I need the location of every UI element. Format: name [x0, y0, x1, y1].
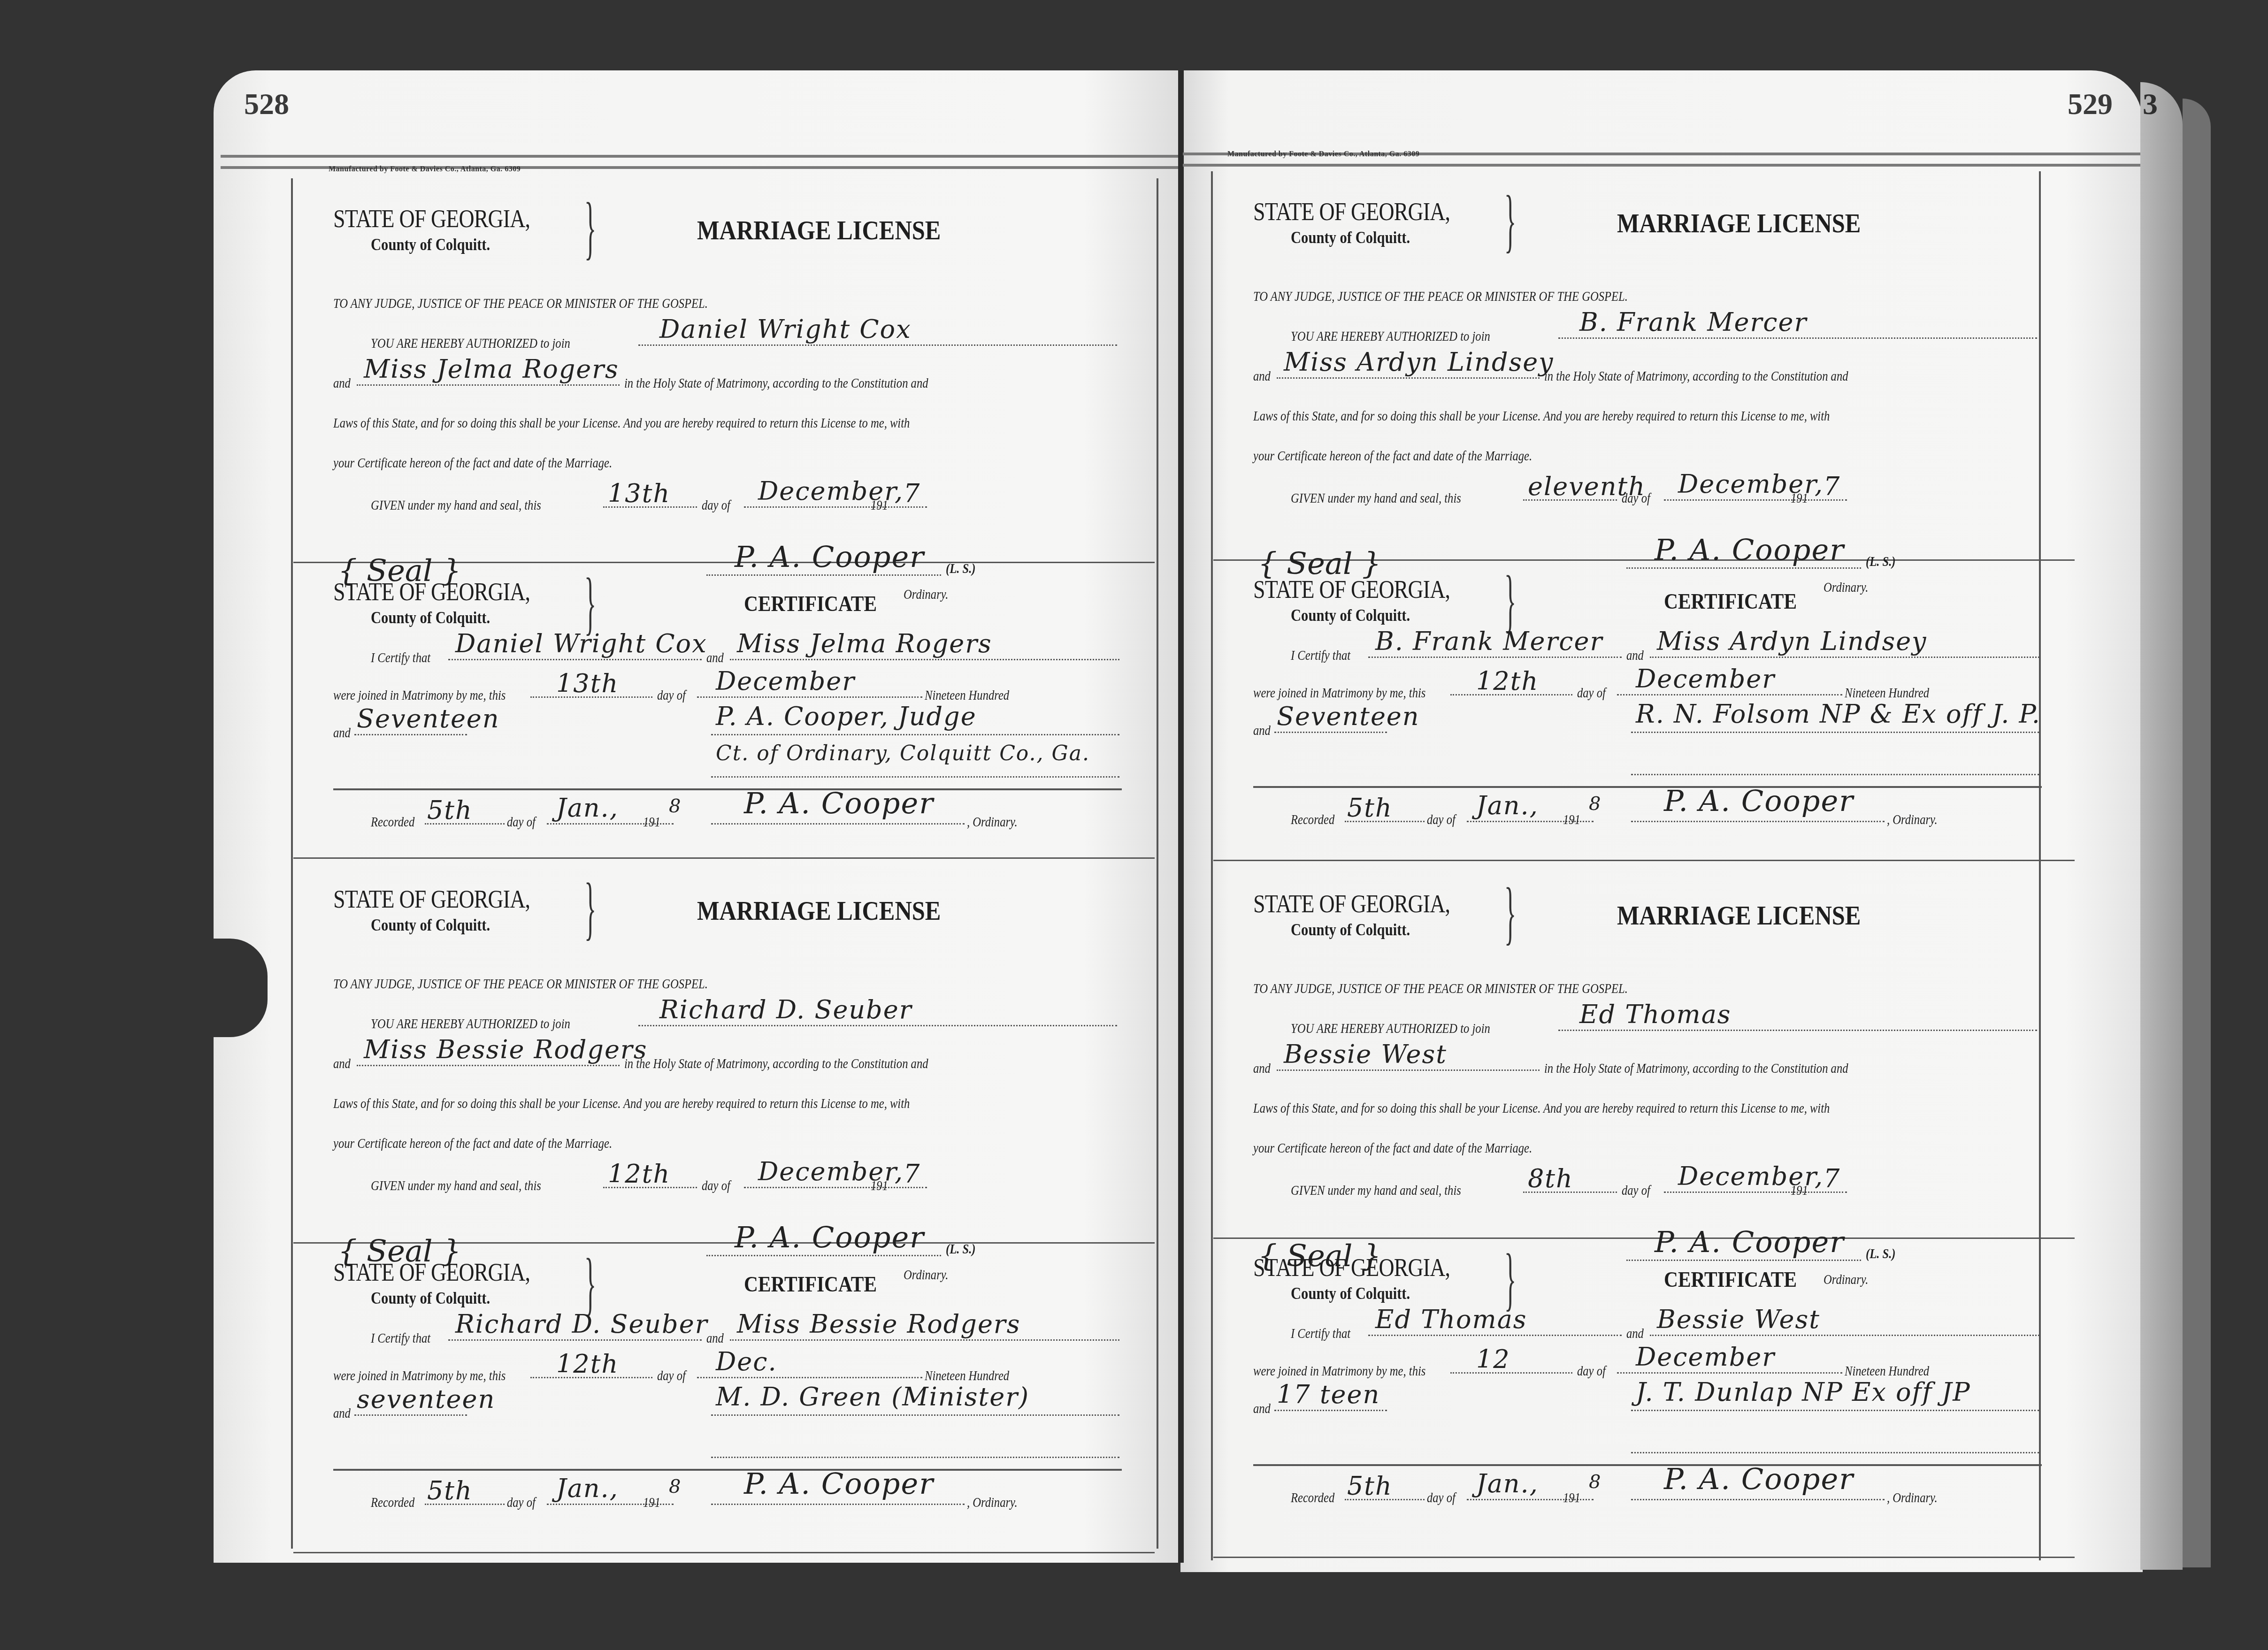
given-label: GIVEN under my hand and seal, this — [371, 1178, 541, 1194]
given-day: 12th — [608, 1159, 670, 1189]
laws-text: Laws of this State, and for so doing thi… — [333, 415, 910, 431]
cert-groom-name: B. Frank Mercer — [1375, 626, 1603, 656]
county-heading: County of Colquitt. — [371, 235, 490, 254]
given-year-digit: 7 — [1824, 472, 1840, 501]
state-heading: STATE OF GEORGIA, — [333, 885, 530, 914]
recorded-year-digit: 8 — [1589, 793, 1601, 815]
cert-bride-name: Miss Jelma Rogers — [737, 629, 992, 658]
day-of-label: day of — [702, 1178, 730, 1194]
manufacturer-imprint-right: Manufactured by Foote & Davies Co., Atla… — [1227, 150, 1419, 159]
certificate-title: CERTIFICATE — [1664, 1267, 1797, 1292]
officiant-field-2[interactable] — [711, 1436, 1119, 1458]
certify-label: I Certify that — [371, 650, 430, 666]
year-prefix: 191 — [1563, 812, 1580, 828]
ordinary-label: , Ordinary. — [1887, 812, 1938, 828]
cert-bride-name: Miss Bessie Rodgers — [737, 1309, 1020, 1339]
brace-icon: } — [584, 568, 596, 638]
marriage-license-form: STATE OF GEORGIA, County of Colquitt. } … — [1213, 171, 2075, 561]
marriage-license-form: STATE OF GEORGIA, County of Colquitt. } … — [293, 859, 1155, 1244]
brace-icon: } — [1504, 185, 1516, 256]
county-heading: County of Colquitt. — [371, 1288, 490, 1308]
cert-bride-name: Bessie West — [1657, 1305, 1820, 1334]
brace-icon: } — [584, 873, 596, 943]
recorded-year-digit: 8 — [669, 1476, 682, 1497]
day-of-label: day of — [1427, 812, 1456, 828]
year-prefix: 191 — [871, 497, 888, 513]
marriage-license-form: STATE OF GEORGIA, County of Colquitt. } … — [1213, 863, 2075, 1239]
addressee-line: TO ANY JUDGE, JUSTICE OF THE PEACE OR MI… — [333, 296, 708, 312]
holy-state-text: in the Holy State of Matrimony, accordin… — [1544, 1061, 1848, 1077]
next-page-number-peek: 3 — [2143, 87, 2158, 122]
groom-name: Richard D. Seuber — [659, 995, 912, 1024]
license-title: MARRIAGE LICENSE — [1617, 901, 1861, 931]
state-heading: STATE OF GEORGIA, — [1253, 575, 1450, 604]
holy-state-text: in the Holy State of Matrimony, accordin… — [624, 1056, 928, 1072]
recorded-day: 5th — [427, 795, 473, 825]
brace-icon: } — [584, 1248, 596, 1319]
holy-state-text: in the Holy State of Matrimony, accordin… — [624, 375, 928, 391]
ordinary-label: , Ordinary. — [1887, 1490, 1938, 1506]
given-year-digit: 7 — [904, 1159, 920, 1189]
divider — [1253, 786, 2042, 788]
officiant-field-2[interactable] — [1631, 1431, 2039, 1453]
given-day: 8th — [1528, 1164, 1573, 1193]
and-label: and — [1253, 1401, 1271, 1417]
page-edge — [2140, 82, 2183, 1570]
book-gutter — [1178, 70, 1184, 1563]
certificate-return-text: your Certificate hereon of the fact and … — [333, 1136, 612, 1152]
day-of-label: day of — [1427, 1490, 1456, 1506]
cert-month: December — [1636, 1342, 1775, 1372]
certify-label: I Certify that — [1291, 648, 1350, 664]
officiant-line-1: P. A. Cooper, Judge — [716, 702, 977, 731]
cert-month: December — [1636, 664, 1775, 694]
year-prefix: 191 — [871, 1178, 888, 1194]
county-heading: County of Colquitt. — [371, 915, 490, 935]
recorded-month: Jan., — [556, 1474, 619, 1503]
officiant-field-2[interactable] — [1631, 753, 2039, 775]
license-title: MARRIAGE LICENSE — [1617, 209, 1861, 239]
recorded-signature: P. A. Cooper — [744, 1467, 934, 1501]
day-of-label: day of — [1622, 490, 1650, 506]
recorded-signature: P. A. Cooper — [1664, 784, 1854, 818]
county-heading: County of Colquitt. — [371, 608, 490, 627]
divider — [333, 788, 1122, 790]
certificate-form: STATE OF GEORGIA, County of Colquitt. } … — [293, 563, 1155, 859]
year-prefix: 191 — [1791, 1183, 1808, 1199]
year-prefix: 191 — [643, 814, 660, 830]
cert-bride-name: Miss Ardyn Lindsey — [1657, 626, 1927, 656]
cert-day: 12th — [556, 1349, 619, 1379]
marriage-license-form: STATE OF GEORGIA, County of Colquitt. } … — [293, 178, 1155, 563]
nineteen-hundred-label: Nineteen Hundred — [925, 687, 1009, 703]
and-label: and — [1253, 1061, 1271, 1077]
brace-icon: } — [1504, 565, 1516, 636]
book-tab — [174, 939, 268, 1037]
recorded-signature: P. A. Cooper — [744, 786, 934, 820]
given-year-digit: 7 — [904, 479, 920, 508]
certificate-title: CERTIFICATE — [744, 591, 877, 616]
year-prefix: 191 — [643, 1495, 660, 1511]
day-of-label: day of — [1577, 1363, 1606, 1379]
and-label: and — [1253, 723, 1271, 739]
cert-groom-name: Ed Thomas — [1375, 1305, 1527, 1334]
recorded-label: Recorded — [1291, 812, 1334, 828]
day-of-label: day of — [1622, 1183, 1650, 1199]
addressee-line: TO ANY JUDGE, JUSTICE OF THE PEACE OR MI… — [1253, 289, 1628, 305]
state-heading: STATE OF GEORGIA, — [1253, 1253, 1450, 1282]
day-of-label: day of — [507, 814, 536, 830]
page-number-left: 528 — [244, 87, 289, 122]
state-heading: STATE OF GEORGIA, — [333, 1258, 530, 1287]
manufacturer-imprint-left: Manufactured by Foote & Davies Co., Atla… — [329, 165, 521, 174]
recorded-label: Recorded — [371, 1495, 414, 1511]
divider — [333, 1469, 1122, 1471]
authorized-label: YOU ARE HEREBY AUTHORIZED to join — [1291, 1021, 1490, 1037]
and-label: and — [333, 1406, 351, 1421]
groom-name: B. Frank Mercer — [1579, 307, 1807, 337]
given-label: GIVEN under my hand and seal, this — [1291, 490, 1461, 506]
ordinary-label: , Ordinary. — [967, 1495, 1018, 1511]
bride-name: Miss Jelma Rogers — [364, 354, 619, 384]
groom-name: Ed Thomas — [1579, 1000, 1732, 1029]
county-heading: County of Colquitt. — [1291, 228, 1410, 247]
day-of-label: day of — [507, 1495, 536, 1511]
county-heading: County of Colquitt. — [1291, 605, 1410, 625]
license-title: MARRIAGE LICENSE — [697, 896, 941, 926]
addressee-line: TO ANY JUDGE, JUSTICE OF THE PEACE OR MI… — [1253, 981, 1628, 997]
holy-state-text: in the Holy State of Matrimony, accordin… — [1544, 368, 1848, 384]
recorded-year-digit: 8 — [1589, 1471, 1601, 1493]
license-title: MARRIAGE LICENSE — [697, 216, 941, 246]
page-edge — [2183, 99, 2211, 1567]
state-heading: STATE OF GEORGIA, — [333, 577, 530, 606]
given-day: 13th — [608, 479, 670, 508]
certificate-form: STATE OF GEORGIA, County of Colquitt. } … — [293, 1244, 1155, 1553]
divider — [1253, 1464, 2042, 1466]
day-of-label: day of — [657, 687, 686, 703]
brace-icon: } — [1504, 878, 1516, 948]
authorized-label: YOU ARE HEREBY AUTHORIZED to join — [371, 336, 570, 351]
and-label: and — [333, 375, 351, 391]
groom-name: Daniel Wright Cox — [659, 314, 912, 344]
brace-icon: } — [1504, 1244, 1516, 1314]
and-label: and — [333, 1056, 351, 1072]
authorized-label: YOU ARE HEREBY AUTHORIZED to join — [1291, 328, 1490, 344]
county-heading: County of Colquitt. — [1291, 1283, 1410, 1303]
recorded-day: 5th — [427, 1476, 473, 1505]
day-of-label: day of — [702, 497, 730, 513]
cert-month: December — [716, 666, 855, 696]
recorded-year-digit: 8 — [669, 795, 682, 817]
cert-day-field[interactable] — [1450, 1352, 1572, 1374]
bride-name: Bessie West — [1284, 1039, 1447, 1069]
nineteen-hundred-label: Nineteen Hundred — [1845, 1363, 1929, 1379]
cert-groom-name: Richard D. Seuber — [455, 1309, 708, 1339]
recorded-day: 5th — [1347, 1471, 1393, 1501]
addressee-line: TO ANY JUDGE, JUSTICE OF THE PEACE OR MI… — [333, 976, 708, 992]
year-prefix: 191 — [1563, 1490, 1580, 1506]
nineteen-hundred-label: Nineteen Hundred — [1845, 685, 1929, 701]
cert-day: 12 — [1476, 1344, 1510, 1374]
recorded-month: Jan., — [1476, 791, 1539, 820]
nineteen-hundred-label: Nineteen Hundred — [925, 1368, 1009, 1384]
certify-label: I Certify that — [1291, 1326, 1350, 1342]
laws-text: Laws of this State, and for so doing thi… — [1253, 1100, 1830, 1116]
officiant-line-2: Ct. of Ordinary, Colquitt Co., Ga. — [716, 741, 1090, 765]
ordinary-label: , Ordinary. — [967, 814, 1018, 830]
joined-label: were joined in Matrimony by me, this — [1253, 685, 1425, 701]
cert-year-words: seventeen — [357, 1384, 495, 1414]
given-label: GIVEN under my hand and seal, this — [1291, 1183, 1461, 1199]
and-label: and — [333, 725, 351, 741]
recorded-label: Recorded — [371, 814, 414, 830]
joined-label: were joined in Matrimony by me, this — [1253, 1363, 1425, 1379]
and-label: and — [1626, 1326, 1644, 1342]
cert-year-words: Seventeen — [1277, 702, 1420, 731]
and-label: and — [706, 650, 724, 666]
bride-name: Miss Ardyn Lindsey — [1284, 347, 1554, 377]
bride-name: Miss Bessie Rodgers — [364, 1035, 647, 1064]
officiant-line-1: M. D. Green (Minister) — [716, 1382, 1029, 1412]
authorized-label: YOU ARE HEREBY AUTHORIZED to join — [371, 1016, 570, 1032]
recorded-signature: P. A. Cooper — [1664, 1462, 1854, 1496]
recorded-month: Jan., — [556, 793, 619, 823]
year-prefix: 191 — [1791, 490, 1808, 506]
laws-text: Laws of this State, and for so doing thi… — [333, 1096, 910, 1112]
and-label: and — [706, 1330, 724, 1346]
state-heading: STATE OF GEORGIA, — [1253, 197, 1450, 226]
and-label: and — [1626, 648, 1644, 664]
certificate-return-text: your Certificate hereon of the fact and … — [333, 455, 612, 471]
recorded-label: Recorded — [1291, 1490, 1334, 1506]
certificate-return-text: your Certificate hereon of the fact and … — [1253, 448, 1532, 464]
officiant-line-1: J. T. Dunlap NP Ex off JP — [1636, 1377, 1971, 1407]
day-of-label: day of — [1577, 685, 1606, 701]
state-heading: STATE OF GEORGIA, — [333, 204, 530, 233]
day-of-label: day of — [657, 1368, 686, 1384]
county-heading: County of Colquitt. — [1291, 920, 1410, 940]
laws-text: Laws of this State, and for so doing thi… — [1253, 408, 1830, 424]
page-number-right: 529 — [2068, 87, 2113, 122]
certificate-title: CERTIFICATE — [744, 1272, 877, 1297]
certificate-title: CERTIFICATE — [1664, 589, 1797, 614]
certificate-form: STATE OF GEORGIA, County of Colquitt. } … — [1213, 561, 2075, 861]
joined-label: were joined in Matrimony by me, this — [333, 1368, 506, 1384]
certify-label: I Certify that — [371, 1330, 430, 1346]
brace-icon: } — [584, 192, 596, 263]
recorded-month: Jan., — [1476, 1469, 1539, 1498]
given-year-digit: 7 — [1824, 1164, 1840, 1193]
cert-day: 12th — [1476, 666, 1539, 696]
cert-groom-name: Daniel Wright Cox — [455, 629, 707, 658]
state-heading: STATE OF GEORGIA, — [1253, 889, 1450, 918]
and-label: and — [1253, 368, 1271, 384]
recorded-day: 5th — [1347, 793, 1393, 823]
certificate-return-text: your Certificate hereon of the fact and … — [1253, 1140, 1532, 1156]
given-label: GIVEN under my hand and seal, this — [371, 497, 541, 513]
cert-month: Dec. — [716, 1347, 777, 1376]
joined-label: were joined in Matrimony by me, this — [333, 687, 506, 703]
cert-day: 13th — [556, 669, 619, 698]
cert-year-words: Seventeen — [357, 704, 500, 733]
certificate-form: STATE OF GEORGIA, County of Colquitt. } … — [1213, 1239, 2075, 1558]
cert-year-words: 17 teen — [1277, 1380, 1380, 1409]
officiant-line-1: R. N. Folsom NP & Ex off J. P. — [1636, 699, 2041, 729]
